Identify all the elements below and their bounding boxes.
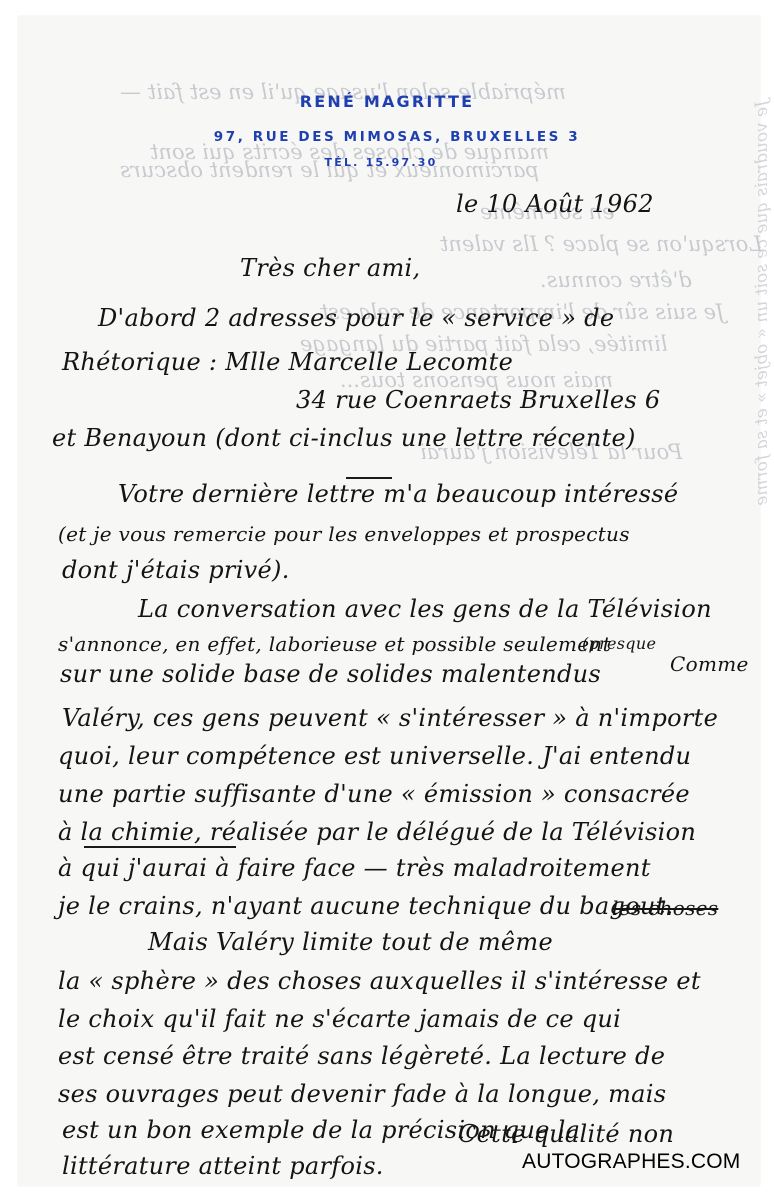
letterhead-phone: TÉL. 15.97.30	[0, 156, 768, 169]
letter-line: Votre dernière lettre m'a beaucoup intér…	[118, 480, 678, 508]
letterhead-address: 97, RUE DES MIMOSAS, BRUXELLES 3	[10, 129, 774, 145]
letter-line: sur une solide base de solides malentend…	[60, 660, 601, 688]
letter-line: ses ouvrages peut devenir fade à la long…	[58, 1080, 666, 1108]
separator-rule	[346, 477, 392, 479]
letter-line: est censé être traité sans légèreté. La …	[58, 1042, 665, 1070]
struck-text: les choses	[612, 896, 718, 920]
underline-a-la-chimie	[84, 846, 236, 848]
letter-date: le 10 Août 1962	[456, 190, 654, 218]
letterhead-name: RENÉ MAGRITTE	[0, 92, 774, 111]
letter-line: 34 rue Coenraets Bruxelles 6	[296, 386, 660, 414]
letter-line: je le crains, n'ayant aucune technique d…	[58, 892, 674, 920]
letter-line: (et je vous remercie pour les enveloppes…	[58, 522, 630, 546]
letter-line: une partie suffisante d'une « émission »…	[58, 780, 690, 808]
letter-line: dont j'étais privé).	[62, 556, 290, 584]
letter-line: Valéry, ces gens peuvent « s'intéresser …	[62, 704, 718, 732]
letter-line: Cette qualité non	[458, 1120, 674, 1148]
letter-line: la « sphère » des choses auxquelles il s…	[58, 967, 701, 995]
letter-line: et Benayoun (dont ci-inclus une lettre r…	[52, 424, 636, 452]
letter-line: Mais Valéry limite tout de même	[148, 928, 553, 956]
letter-salutation: Très cher ami,	[240, 254, 420, 282]
letter-line: à qui j'aurai à faire face — très maladr…	[58, 854, 651, 882]
letter-line: s'annonce, en effet, laborieuse et possi…	[58, 632, 611, 656]
letter-line: quoi, leur compétence est universelle. J…	[58, 742, 691, 770]
letter-line-end: Comme	[670, 652, 749, 676]
letter-line: littérature atteint parfois.	[62, 1152, 384, 1180]
watermark: AUTOGRAPHES.COM	[522, 1150, 740, 1174]
letter-line: Rhétorique : Mlle Marcelle Lecomte	[62, 348, 513, 376]
letter-insertion: (presque	[582, 634, 656, 653]
bleed-through-line: d'être connus.	[540, 268, 692, 292]
letter-line: D'abord 2 adresses pour le « service » d…	[98, 304, 614, 332]
letter-line: à la chimie, réalisée par le délégué de …	[58, 818, 696, 846]
letter-line: La conversation avec les gens de la Télé…	[138, 595, 712, 623]
bleed-through-line: Lorsqu'on se place ? Ils valent	[440, 232, 762, 256]
letter-line: le choix qu'il fait ne s'écarte jamais d…	[58, 1005, 621, 1033]
